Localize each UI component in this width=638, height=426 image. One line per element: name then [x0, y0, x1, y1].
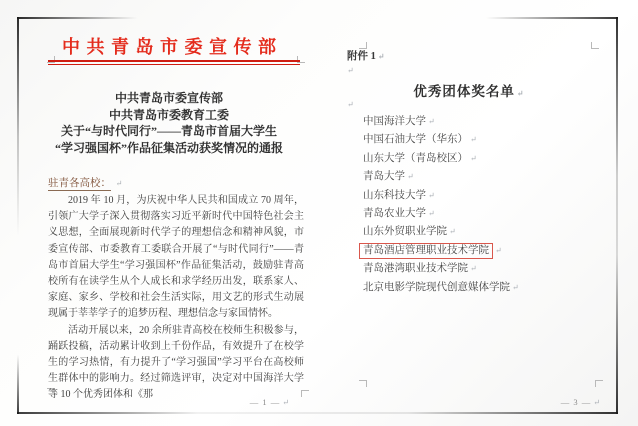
- red-letterhead: 中共青岛市委宣传部: [38, 33, 300, 59]
- page-number: — 3 —↵: [561, 397, 601, 407]
- award-list-item: 山东大学（青岛校区）↵: [363, 150, 519, 168]
- text-boundary-mark: [595, 380, 603, 387]
- paragraph-return-mark: ↵: [428, 117, 435, 126]
- award-list-item-highlighted: 青岛酒店管理职业技术学院↵: [363, 242, 519, 260]
- letterhead-rule: [48, 60, 300, 65]
- award-list-item: 北京电影学院现代创意媒体学院↵: [363, 279, 519, 297]
- title-line: “学习强国杯”作品征集活动获奖情况的通报: [34, 140, 304, 157]
- paragraph-return-mark: ↵: [407, 172, 414, 181]
- page-number: — 1 —↵: [250, 397, 290, 407]
- award-winners-list: 中国海洋大学↵ 中国石油大学（华东）↵ 山东大学（青岛校区）↵ 青岛大学↵ 山东…: [363, 113, 519, 297]
- title-line: 关于“与时代同行”——青岛市首届大学生: [34, 123, 304, 140]
- award-list-item: 青岛大学↵: [363, 168, 519, 186]
- award-list-item: 中国石油大学（华东）↵: [363, 131, 519, 149]
- attachment-page: 附件 1↵ ↵ 优秀团体奖名单↵ ↵ 中国海洋大学↵ 中国石油大学（华东）↵ 山…: [319, 18, 619, 414]
- award-list-item: 山东外贸职业学院↵: [363, 223, 519, 241]
- attachment-title: 优秀团体奖名单↵: [339, 80, 599, 100]
- rule-thick-line: [48, 60, 300, 62]
- award-list-item: 中国海洋大学↵: [363, 113, 519, 131]
- paragraph-return-mark: ↵: [495, 246, 502, 255]
- title-line: 中共青岛市委宣传部: [34, 90, 304, 107]
- title-line: 中共青岛市委教育工委: [34, 107, 304, 124]
- paragraph-return-mark: ↵: [449, 227, 456, 236]
- paragraph-return-mark: ↵: [470, 135, 477, 144]
- paragraph-return-mark: ↵: [428, 191, 435, 200]
- paragraph-return-mark: ↵: [470, 264, 477, 273]
- paragraph-return-mark: ↵: [378, 52, 385, 61]
- award-list-item: 山东科技大学↵: [363, 187, 519, 205]
- paragraph-return-mark: ↵: [116, 179, 123, 188]
- salutation-text: 驻青各高校：: [48, 178, 111, 191]
- award-list-item: 青岛农业大学↵: [363, 205, 519, 223]
- rule-thin-line: [48, 64, 300, 65]
- text-boundary-mark: [591, 42, 599, 49]
- notice-body: 2019 年 10 月，为庆祝中华人民共和国成立 70 周年，引领广大学子深入贯…: [48, 193, 304, 404]
- paragraph-return-mark: ↵: [347, 66, 354, 75]
- document-photo: 中共青岛市委宣传部 中共青岛市委宣传部 中共青岛市委教育工委 关于“与时代同行”…: [0, 0, 638, 426]
- award-list-item: 青岛港湾职业技术学院↵: [363, 260, 519, 278]
- paragraph-return-mark: ↵: [512, 283, 519, 292]
- notice-page: 中共青岛市委宣传部 中共青岛市委宣传部 中共青岛市委教育工委 关于“与时代同行”…: [18, 18, 318, 414]
- body-paragraph: 活动开展以来，20 余所驻青高校在校师生积极参与，踊跃投稿，活动累计收到上千份作…: [48, 323, 304, 404]
- body-paragraph: 2019 年 10 月，为庆祝中华人民共和国成立 70 周年，引领广大学子深入贯…: [48, 193, 304, 323]
- salutation: 驻青各高校： ↵: [48, 175, 122, 190]
- paragraph-return-mark: ↵: [517, 89, 525, 98]
- paragraph-return-mark: ↵: [282, 398, 290, 407]
- attachment-label: 附件 1↵: [347, 48, 385, 63]
- paragraph-return-mark: ↵: [593, 398, 601, 407]
- paragraph-return-mark: ↵: [428, 209, 435, 218]
- paragraph-return-mark: ↵: [470, 154, 477, 163]
- document-title: 中共青岛市委宣传部 中共青岛市委教育工委 关于“与时代同行”——青岛市首届大学生…: [34, 90, 304, 156]
- paragraph-return-mark: ↵: [347, 100, 354, 109]
- text-boundary-mark: [359, 380, 367, 387]
- red-annotation-box: 青岛酒店管理职业技术学院: [359, 243, 493, 259]
